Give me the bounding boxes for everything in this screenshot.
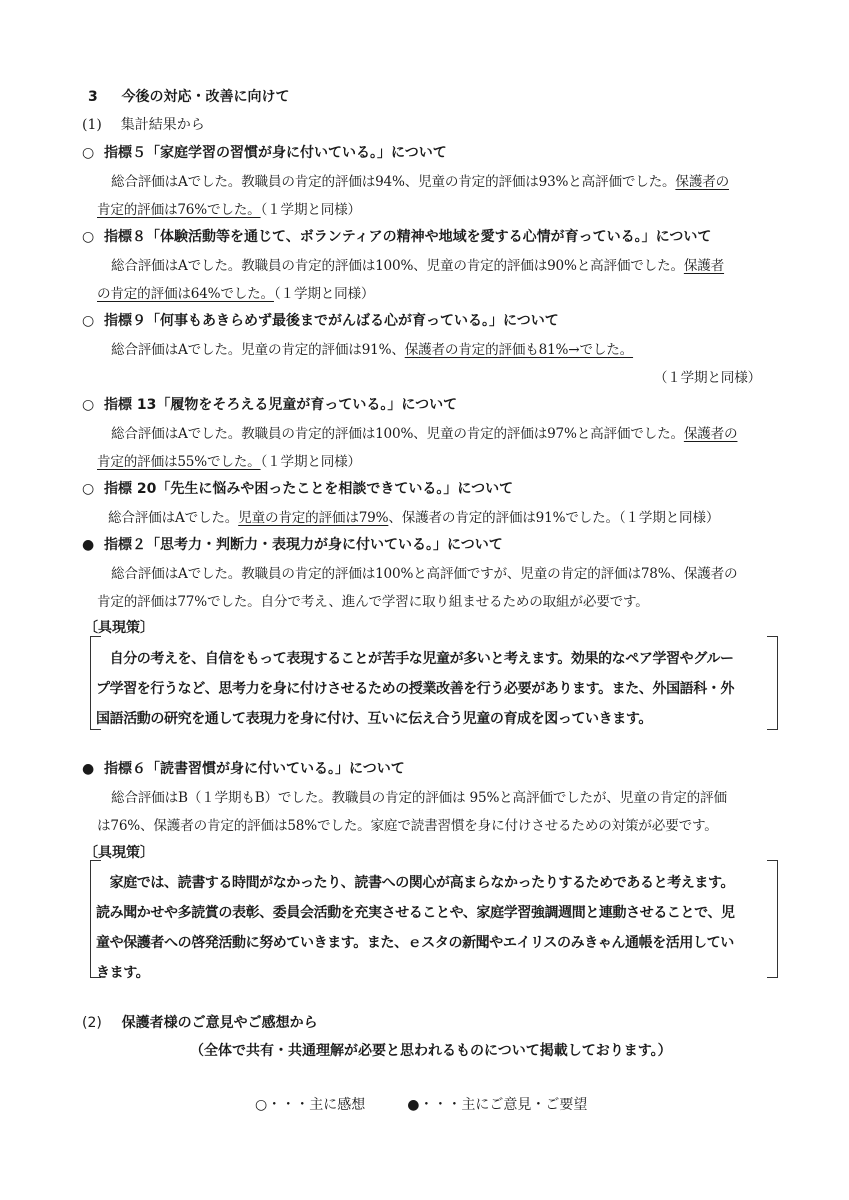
underlined-text: 肯定的評価は55%でした。 xyxy=(97,454,261,470)
right-bracket xyxy=(767,636,778,730)
item-body-line: 総合評価はAでした。教職員の肯定的評価は100%と高評価ですが、児童の肯定的評価… xyxy=(111,562,737,582)
body-text: 総合評価はAでした。児童の肯定的評価は91%、 xyxy=(111,342,405,358)
filled-circle-icon: ● xyxy=(82,761,104,777)
underlined-text: 児童の肯定的評価は79% xyxy=(238,510,388,526)
body-text: 総合評価はAでした。 xyxy=(108,510,238,526)
measure-line: 家庭では、読書する時間がなかったり、読書への関心が高まらなかったりするためである… xyxy=(96,868,735,898)
measure-line: 読み聞かせや多読賞の表彰、委員会活動を充実させることや、家庭学習強調週間と連動さ… xyxy=(96,898,735,928)
right-bracket xyxy=(767,860,778,978)
body-text: （１学期と同様） xyxy=(274,286,374,302)
measure-text: 自分の考えを、自信をもって表現することが苦手な児童が多いと考えます。効果的なペア… xyxy=(96,644,734,734)
body-text: 総合評価はAでした。教職員の肯定的評価は94%、児童の肯定的評価は93%と高評価… xyxy=(111,174,675,190)
item-body-line: 総合評価はAでした。教職員の肯定的評価は100%、児童の肯定的評価は97%と高評… xyxy=(111,422,737,442)
item-heading-indicator-13: ○指標 13「履物をそろえる児童が育っている。」について xyxy=(82,394,457,414)
open-circle-icon: ○ xyxy=(82,229,104,245)
item-heading-text: 指標９「何事もあきらめず最後までがんばる心が育っている。」について xyxy=(104,313,559,329)
underlined-text: 肯定的評価は76%でした。 xyxy=(97,202,261,218)
item-heading-text: 指標２「思考力・判断力・表現力が身に付いている。」について xyxy=(104,537,503,553)
item-body-line: 総合評価はAでした。児童の肯定的評価は79%、保護者の肯定的評価は91%でした。… xyxy=(108,506,719,526)
item-body-line: 総合評価はAでした。教職員の肯定的評価は100%、児童の肯定的評価は90%と高評… xyxy=(111,254,724,274)
item-heading-text: 指標８「体験活動等を通じて、ボランティアの精神や地域を愛する心情が育っている。」… xyxy=(104,229,711,245)
item-heading-text: 指標６「読書習慣が身に付いている。」について xyxy=(104,761,405,777)
measure-line: きます。 xyxy=(96,958,735,988)
measure-label: 〔具現策〕 xyxy=(84,617,154,637)
subsection-number: (2) xyxy=(82,1015,102,1031)
item-body-line: 総合評価はAでした。教職員の肯定的評価は94%、児童の肯定的評価は93%と高評価… xyxy=(111,170,729,190)
item-heading-indicator-8: ○指標８「体験活動等を通じて、ボランティアの精神や地域を愛する心情が育っている。… xyxy=(82,226,711,246)
subsection-note: （全体で共有・共通理解が必要と思われるものについて掲載しております。） xyxy=(190,1040,672,1060)
item-body-line: は76%、保護者の肯定的評価は58%でした。家庭で読書習慣を身に付けさせるための… xyxy=(97,814,718,834)
open-circle-icon: ○ xyxy=(82,481,104,497)
item-heading-text: 指標 13「履物をそろえる児童が育っている。」について xyxy=(104,397,457,413)
section-title: 今後の対応・改善に向けて xyxy=(122,89,290,105)
body-text: 総合評価はAでした。教職員の肯定的評価は100%、児童の肯定的評価は90%と高評… xyxy=(111,258,684,274)
measure-line: 童や保護者への啓発活動に努めていきます。また、ｅスタの新聞やエイリスのみきゃん通… xyxy=(96,928,735,958)
measure-line: 自分の考えを、自信をもって表現することが苦手な児童が多いと考えます。効果的なペア… xyxy=(96,644,734,674)
subsection-title: 保護者様のご意見やご感想から xyxy=(122,1015,318,1031)
legend-filled-circle: ●・・・主にご意見・ご要望 xyxy=(407,1097,587,1113)
subsection-title: 集計結果から xyxy=(121,117,205,133)
item-heading-indicator-20: ○指標 20「先生に悩みや困ったことを相談できている。」について xyxy=(82,478,513,498)
item-body-line: 肯定的評価は76%でした。（１学期と同様） xyxy=(97,198,361,218)
section-number: 3 xyxy=(88,89,98,105)
underlined-text: 保護者 xyxy=(684,258,724,274)
measure-box: 家庭では、読書する時間がなかったり、読書への関心が高まらなかったりするためである… xyxy=(90,860,778,978)
underlined-text: 保護者の xyxy=(675,174,729,190)
item-body-line: （１学期と同様） xyxy=(654,366,761,386)
item-heading-text: 指標 20「先生に悩みや困ったことを相談できている。」について xyxy=(104,481,513,497)
open-circle-icon: ○ xyxy=(82,397,104,413)
legend: ○・・・主に感想●・・・主にご意見・ご要望 xyxy=(255,1094,587,1114)
measure-text: 家庭では、読書する時間がなかったり、読書への関心が高まらなかったりするためである… xyxy=(96,868,735,988)
body-text: （１学期と同様） xyxy=(654,370,761,386)
section-heading: 3 今後の対応・改善に向けて xyxy=(88,86,290,106)
item-heading-text: 指標５「家庭学習の習慣が身に付いている。」について xyxy=(104,145,447,161)
body-text: 、保護者の肯定的評価は91%でした。（１学期と同様） xyxy=(388,510,719,526)
item-heading-indicator-9: ○指標９「何事もあきらめず最後までがんばる心が育っている。」について xyxy=(82,310,559,330)
open-circle-icon: ○ xyxy=(82,145,104,161)
legend-open-circle: ○・・・主に感想 xyxy=(255,1097,365,1113)
item-body-line: 肯定的評価は55%でした。（１学期と同様） xyxy=(97,450,361,470)
underlined-text: 保護者の肯定的評価も81%→でした。 xyxy=(405,342,633,358)
body-text: 総合評価はAでした。教職員の肯定的評価は100%、児童の肯定的評価は97%と高評… xyxy=(111,426,684,442)
item-body-line: 肯定的評価は77%でした。自分で考え、進んで学習に取り組ませるための取組が必要で… xyxy=(97,590,649,610)
open-circle-icon: ○ xyxy=(82,313,104,329)
measure-label: 〔具現策〕 xyxy=(84,842,154,862)
item-heading-indicator-5: ○指標５「家庭学習の習慣が身に付いている。」について xyxy=(82,142,447,162)
underlined-text: 保護者の xyxy=(684,426,738,442)
item-body-line: 総合評価はAでした。児童の肯定的評価は91%、保護者の肯定的評価も81%→でした… xyxy=(111,338,633,358)
item-body-line: の肯定的評価は64%でした。（１学期と同様） xyxy=(97,282,374,302)
subsection-2-heading: (2) 保護者様のご意見やご感想から xyxy=(82,1012,318,1032)
body-text: （１学期と同様） xyxy=(261,454,361,470)
underlined-text: の肯定的評価は64%でした。 xyxy=(97,286,274,302)
subsection-number: (1) xyxy=(82,117,102,133)
body-text: （１学期と同様） xyxy=(261,202,361,218)
item-heading-indicator-2: ●指標２「思考力・判断力・表現力が身に付いている。」について xyxy=(82,534,503,554)
measure-line: 国語活動の研究を通して表現力を身に付け、互いに伝え合う児童の育成を図っていきます… xyxy=(96,704,734,734)
measure-line: プ学習を行うなど、思考力を身に付けさせるための授業改善を行う必要があります。また… xyxy=(96,674,734,704)
item-body-line: 総合評価はB（１学期もB）でした。教職員の肯定的評価は 95%と高評価でしたが、… xyxy=(111,786,727,806)
subsection-1-heading: (1) 集計結果から xyxy=(82,114,205,134)
measure-box: 自分の考えを、自信をもって表現することが苦手な児童が多いと考えます。効果的なペア… xyxy=(90,636,778,730)
item-heading-indicator-6: ●指標６「読書習慣が身に付いている。」について xyxy=(82,758,405,778)
filled-circle-icon: ● xyxy=(82,537,104,553)
